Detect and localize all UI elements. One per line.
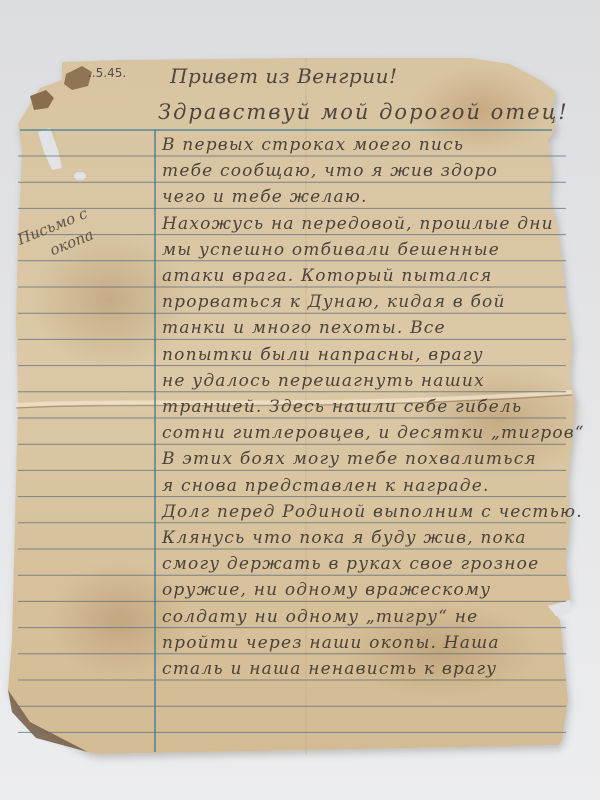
letter-line: сотни гитлеровцев, и десятки „тигров“: [162, 423, 585, 443]
letter-line: попытки были напрасны, врагу: [162, 345, 484, 365]
letter-line: я снова представлен к награде.: [162, 476, 490, 496]
greeting-from-hungary: Привет из Венгрии!: [170, 64, 398, 88]
letter-line: смогу держать в руках свое грозное: [162, 554, 539, 574]
letter-line: В первых строках моего пись: [162, 135, 464, 155]
letter-line: траншей. Здесь нашли себе гибель: [162, 397, 522, 417]
letter-line: солдату ни одному „тигру“ не: [162, 607, 478, 627]
letter-line: танки и много пехоты. Все: [162, 318, 446, 338]
letter-line: атаки врага. Который пытался: [162, 266, 492, 286]
date-fragment: ..5.45.: [88, 66, 126, 80]
greeting-dear-father: Здравствуй мой дорогой отец!: [158, 100, 569, 124]
letter-line: Клянусь что пока я буду жив, пока: [162, 528, 527, 548]
letter-line: не удалось перешагнуть наших: [162, 371, 485, 391]
letter-line: пройти через наши окопы. Наша: [162, 633, 500, 653]
letter-line: оружие, ни одному вражескому: [162, 580, 491, 600]
letter-line: мы успешно отбивали бешенные: [162, 240, 500, 260]
letter-line: Нахожусь на передовой, прошлые дни: [162, 214, 554, 234]
letter-paper: ..5.45. Привет из Венгрии! Здравствуй мо…: [0, 0, 600, 800]
letter-line: сталь и наша ненависть к врагу: [162, 659, 497, 679]
letter-line: чего и тебе желаю.: [162, 187, 368, 207]
letter-line: В этих боях могу тебе похвалиться: [162, 449, 537, 469]
letter-line: тебе сообщаю, что я жив здоро: [162, 161, 498, 181]
letter-line: прорваться к Дунаю, кидая в бой: [162, 292, 506, 312]
letter-line: Долг перед Родиной выполним с честью.: [162, 502, 583, 522]
